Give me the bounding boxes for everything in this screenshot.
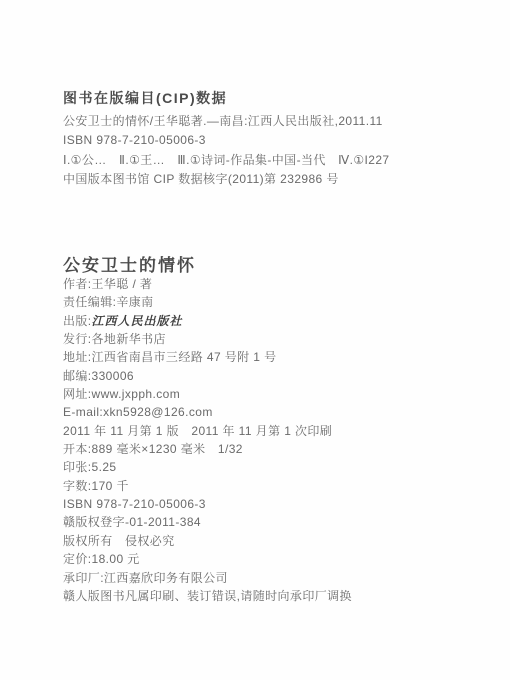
- publisher-label: 出版:: [63, 314, 92, 328]
- copyright-page: 图书在版编目(CIP)数据 公安卫士的情怀/王华聪著.—南昌:江西人民出版社,2…: [0, 0, 510, 680]
- cip-line-title-statement: 公安卫士的情怀/王华聪著.—南昌:江西人民出版社,2011.11: [63, 112, 390, 131]
- cip-line-isbn: ISBN 978-7-210-05006-3: [63, 131, 390, 150]
- cip-line-classification: Ⅰ.①公… Ⅱ.①王… Ⅲ.①诗词-作品集-中国-当代 Ⅳ.①I227: [63, 151, 390, 170]
- colophon-line-edition: 2011 年 11 月第 1 版 2011 年 11 月第 1 次印刷: [63, 422, 352, 440]
- cip-header: 图书在版编目(CIP)数据: [63, 88, 227, 108]
- colophon-line-price: 定价:18.00 元: [63, 550, 352, 568]
- colophon-line-author: 作者:王华聪 / 著: [63, 275, 352, 293]
- colophon-block: 作者:王华聪 / 著 责任编辑:辛康南 出版:江西人民出版社 发行:各地新华书店…: [63, 275, 352, 605]
- colophon-line-postcode: 邮编:330006: [63, 367, 352, 385]
- colophon-line-publisher: 出版:江西人民出版社: [63, 312, 352, 330]
- publisher-name: 江西人民出版社: [92, 314, 183, 328]
- colophon-line-format: 开本:889 毫米×1230 毫米 1/32: [63, 440, 352, 458]
- colophon-line-distributor: 发行:各地新华书店: [63, 330, 352, 348]
- cip-block: 公安卫士的情怀/王华聪著.—南昌:江西人民出版社,2011.11 ISBN 97…: [63, 112, 390, 189]
- colophon-line-address: 地址:江西省南昌市三经路 47 号附 1 号: [63, 348, 352, 366]
- colophon-line-wordcount: 字数:170 千: [63, 477, 352, 495]
- colophon-line-exchange-notice: 赣人版图书凡属印刷、装订错误,请随时向承印厂调换: [63, 587, 352, 605]
- colophon-line-registration: 赣版权登字-01-2011-384: [63, 513, 352, 531]
- cip-line-record-number: 中国版本图书馆 CIP 数据核字(2011)第 232986 号: [63, 170, 390, 189]
- colophon-line-isbn: ISBN 978-7-210-05006-3: [63, 495, 352, 513]
- book-title: 公安卫士的情怀: [63, 251, 196, 276]
- colophon-line-copyright-notice: 版权所有 侵权必究: [63, 532, 352, 550]
- colophon-line-printer: 承印厂:江西嘉欣印务有限公司: [63, 569, 352, 587]
- colophon-line-editor: 责任编辑:辛康南: [63, 293, 352, 311]
- colophon-line-sheets: 印张:5.25: [63, 458, 352, 476]
- colophon-line-email: E-mail:xkn5928@126.com: [63, 403, 352, 421]
- colophon-line-website: 网址:www.jxpph.com: [63, 385, 352, 403]
